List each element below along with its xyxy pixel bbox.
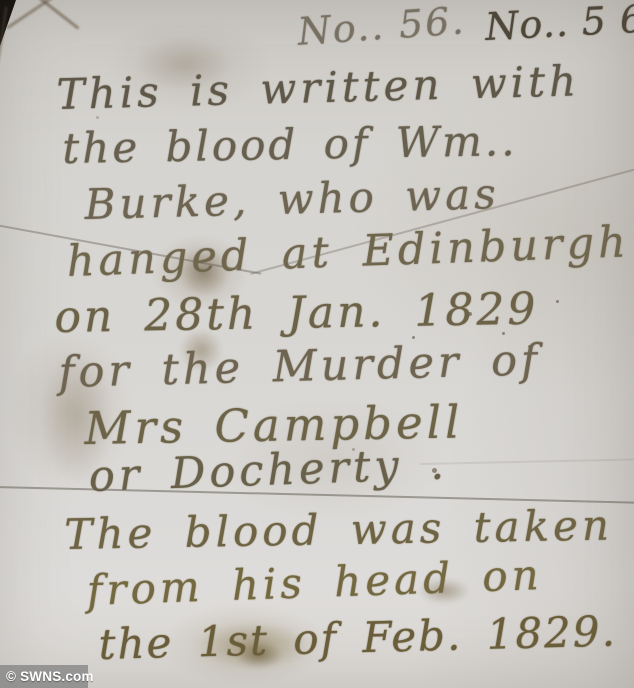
watermark-bar: © SWNS.com: [0, 665, 88, 688]
note-line: from his head on: [86, 550, 543, 615]
paper-crease-line: [420, 458, 634, 465]
document-photo: No.. 56. No.. 5 6. This is written with …: [0, 0, 634, 688]
ink-smudge-stroke: [6, 0, 77, 29]
note-line: hanged at Edinburgh: [66, 217, 631, 287]
note-line: This is written with: [56, 56, 581, 119]
note-line: the blood of Wm..: [62, 116, 518, 173]
watermark-text: © SWNS.com: [6, 669, 94, 684]
note-line: for the Murder of: [58, 335, 542, 398]
document-number: No.. 5 6.: [484, 0, 634, 49]
ink-speck: [556, 300, 559, 303]
note-line: the 1st of Feb. 1829.: [98, 606, 617, 669]
note-line: Burke, who was: [84, 169, 500, 229]
document-number-faint: No.. 56.: [296, 0, 467, 54]
note-line: on 28th Jan. 1829: [54, 284, 539, 343]
